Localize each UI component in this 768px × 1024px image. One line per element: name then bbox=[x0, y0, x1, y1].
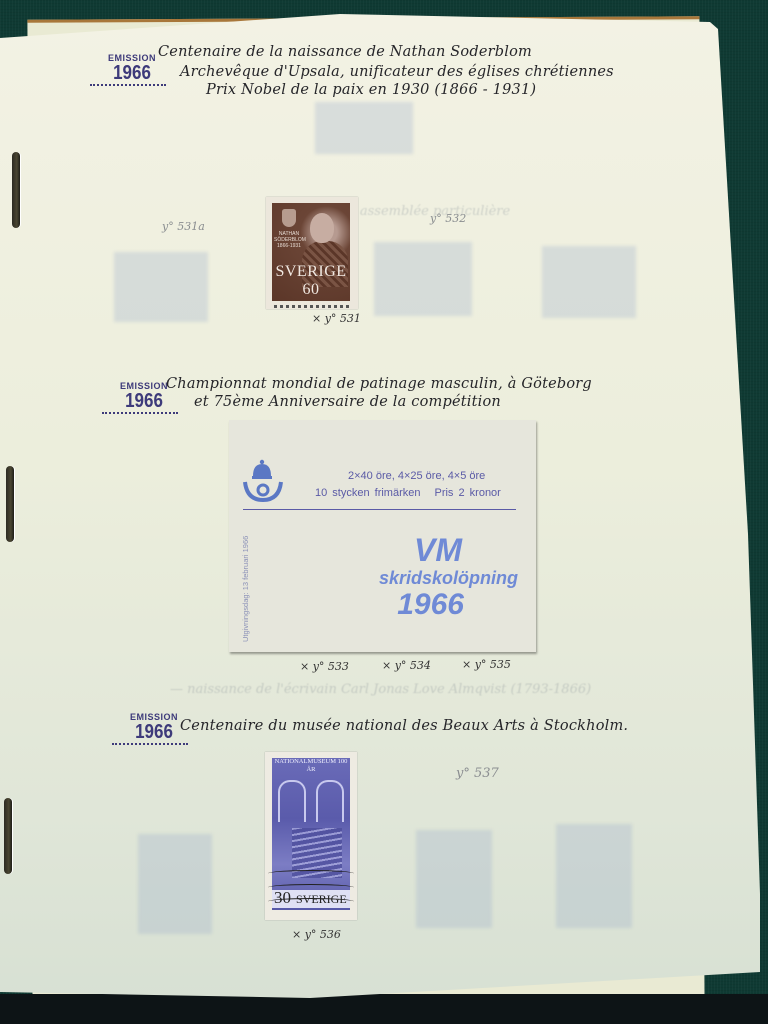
portrait-face bbox=[310, 213, 334, 243]
swedish-post-crown-horn-icon bbox=[241, 458, 283, 504]
stamp-country-value: SVERIGE 60 bbox=[272, 263, 350, 299]
emission-year: 1966 bbox=[103, 63, 161, 83]
booklet-rule bbox=[243, 509, 516, 510]
dotted-rule bbox=[90, 84, 166, 86]
ghost-stamp bbox=[374, 242, 472, 316]
ghost-stamp bbox=[416, 830, 492, 928]
ghost-text: — naissance de l'écrivain Carl Jonas Lov… bbox=[170, 682, 591, 697]
catalog-note: × y° 535 bbox=[462, 658, 511, 671]
faint-catalog-note: y° 531a bbox=[162, 220, 205, 233]
catalog-note: × y° 536 bbox=[292, 928, 341, 941]
stamp-booklet-vm-skridskolopning[interactable]: 2×40 öre, 4×25 öre, 4×5 öre 10 stycken f… bbox=[229, 420, 536, 652]
ghost-stamp bbox=[542, 246, 636, 318]
booklet-subheadline: skridskolöpning bbox=[229, 568, 518, 589]
binder-hole bbox=[6, 466, 14, 542]
emission-year: 1966 bbox=[125, 722, 183, 742]
table-shadow bbox=[0, 994, 768, 1024]
stamp-value: 60 bbox=[303, 281, 320, 298]
faint-catalog-note: y° 532 bbox=[430, 212, 466, 225]
ghost-stamp bbox=[138, 834, 212, 934]
stamp-caption: NATIONALMUSEUM 100 ÅR bbox=[272, 758, 350, 774]
ghost-stamp bbox=[556, 824, 632, 928]
album-page: — anniv. assemblée particulière — naissa… bbox=[0, 14, 760, 1010]
emission-stamp-1: EMISSION 1966 bbox=[98, 53, 166, 86]
cancellation-mark bbox=[268, 870, 354, 877]
catalog-note: × y° 533 bbox=[300, 660, 349, 673]
dotted-rule bbox=[102, 412, 178, 414]
stamp-country: SVERIGE bbox=[275, 263, 346, 280]
binder-hole bbox=[4, 798, 12, 874]
emission-year: 1966 bbox=[115, 391, 173, 411]
stamp-nationalmuseum[interactable]: NATIONALMUSEUM 100 ÅR 30 SVERIGE bbox=[265, 752, 357, 920]
perforation-edge bbox=[274, 305, 350, 308]
catalog-note: × y° 531 bbox=[312, 312, 361, 325]
section-title-line: Centenaire de la naissance de Nathan Sod… bbox=[158, 44, 532, 61]
booklet-year: 1966 bbox=[229, 588, 464, 622]
ghost-stamp bbox=[114, 252, 208, 322]
dotted-rule bbox=[112, 743, 188, 745]
section-title-line: Centenaire du musée national des Beaux A… bbox=[180, 718, 628, 735]
booklet-price: Pris 2 kronor bbox=[434, 487, 500, 499]
catalog-note: × y° 534 bbox=[382, 659, 431, 672]
booklet-count: 10 stycken frimärken bbox=[315, 487, 420, 499]
section-title-line: Archevêque d'Upsala, unificateur des égl… bbox=[180, 64, 614, 81]
booklet-contents: 2×40 öre, 4×25 öre, 4×5 öre bbox=[348, 470, 485, 482]
coat-of-arms-icon bbox=[282, 209, 296, 227]
section-title-line: Championnat mondial de patinage masculin… bbox=[166, 376, 592, 393]
emission-stamp-3: EMISSION 1966 bbox=[120, 712, 188, 745]
stamp-image: NATIONALMUSEUM 100 ÅR 30 SVERIGE bbox=[272, 758, 350, 910]
archway bbox=[278, 780, 306, 822]
stamp-caption: NATHAN SÖDERBLOM 1866-1931 bbox=[274, 231, 304, 249]
booklet-headline: VM bbox=[229, 532, 462, 569]
booklet-info: 10 stycken frimärkenPris 2 kronor bbox=[315, 487, 501, 499]
cancellation-mark bbox=[268, 884, 354, 891]
cancellation-mark bbox=[268, 898, 354, 905]
archway bbox=[316, 780, 344, 822]
ghost-stamp bbox=[315, 102, 413, 154]
section-title-line: et 75ème Anniversaire de la compétition bbox=[194, 394, 501, 411]
stamp-image: NATHAN SÖDERBLOM 1866-1931 SVERIGE 60 bbox=[272, 203, 350, 301]
section-title-line: Prix Nobel de la paix en 1930 (1866 - 19… bbox=[206, 82, 536, 99]
binder-hole bbox=[12, 152, 20, 228]
stamp-nathan-soderblom[interactable]: NATHAN SÖDERBLOM 1866-1931 SVERIGE 60 bbox=[266, 197, 358, 309]
faint-catalog-note: y° 537 bbox=[456, 766, 499, 781]
